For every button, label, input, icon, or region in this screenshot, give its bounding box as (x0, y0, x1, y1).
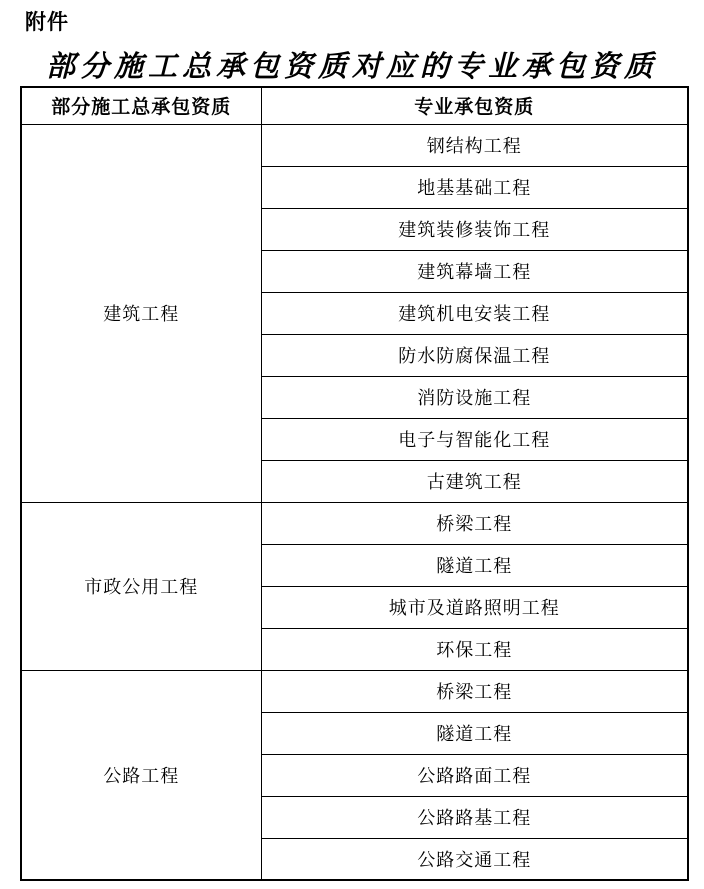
specialty-qualification-cell: 地基基础工程 (261, 166, 688, 208)
header-specialty-qualification: 专业承包资质 (261, 87, 688, 124)
attachment-label: 附件 (25, 6, 69, 36)
header-row: 部分施工总承包资质 专业承包资质 (21, 87, 688, 124)
specialty-qualification-cell: 建筑机电安装工程 (261, 292, 688, 334)
general-qualification-cell: 建筑工程 (21, 124, 261, 502)
table-row: 公路工程桥梁工程 (21, 670, 688, 712)
specialty-qualification-cell: 桥梁工程 (261, 670, 688, 712)
qualification-table-body: 建筑工程钢结构工程地基基础工程建筑装修装饰工程建筑幕墙工程建筑机电安装工程防水防… (21, 124, 688, 880)
document-title: 部分施工总承包资质对应的专业承包资质 (0, 44, 704, 85)
specialty-qualification-cell: 建筑幕墙工程 (261, 250, 688, 292)
qualification-table-header: 部分施工总承包资质 专业承包资质 (21, 87, 688, 124)
specialty-qualification-cell: 建筑装修装饰工程 (261, 208, 688, 250)
specialty-qualification-cell: 环保工程 (261, 628, 688, 670)
specialty-qualification-cell: 隧道工程 (261, 712, 688, 754)
specialty-qualification-cell: 古建筑工程 (261, 460, 688, 502)
specialty-qualification-cell: 桥梁工程 (261, 502, 688, 544)
specialty-qualification-cell: 钢结构工程 (261, 124, 688, 166)
table-row: 建筑工程钢结构工程 (21, 124, 688, 166)
specialty-qualification-cell: 隧道工程 (261, 544, 688, 586)
header-general-qualification: 部分施工总承包资质 (21, 87, 261, 124)
document-page: 附件 部分施工总承包资质对应的专业承包资质 部分施工总承包资质 专业承包资质 建… (0, 0, 704, 889)
table-row: 市政公用工程桥梁工程 (21, 502, 688, 544)
specialty-qualification-cell: 公路路基工程 (261, 796, 688, 838)
general-qualification-cell: 市政公用工程 (21, 502, 261, 670)
specialty-qualification-cell: 城市及道路照明工程 (261, 586, 688, 628)
specialty-qualification-cell: 电子与智能化工程 (261, 418, 688, 460)
specialty-qualification-cell: 公路路面工程 (261, 754, 688, 796)
general-qualification-cell: 公路工程 (21, 670, 261, 880)
specialty-qualification-cell: 公路交通工程 (261, 838, 688, 880)
qualification-table: 部分施工总承包资质 专业承包资质 建筑工程钢结构工程地基基础工程建筑装修装饰工程… (20, 86, 689, 881)
specialty-qualification-cell: 防水防腐保温工程 (261, 334, 688, 376)
specialty-qualification-cell: 消防设施工程 (261, 376, 688, 418)
